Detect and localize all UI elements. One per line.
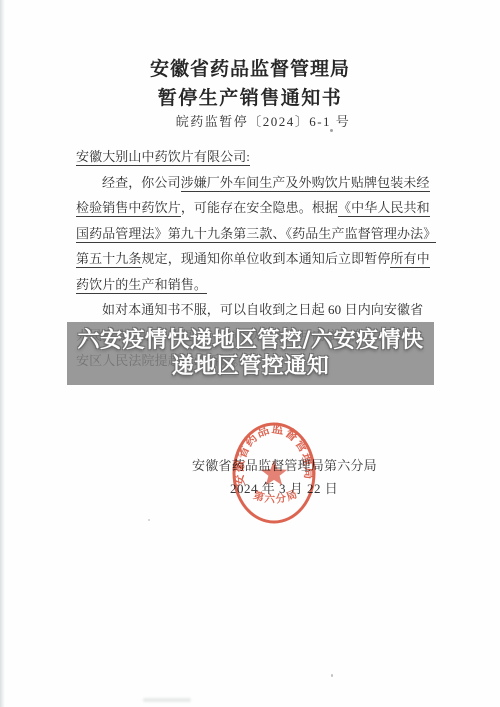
scan-speck [330, 129, 333, 132]
scan-speck [148, 519, 150, 521]
scan-speck [331, 674, 333, 677]
official-seal: 安徽省药品监督管理局 第六分局 [231, 421, 317, 525]
doc-line: 经查，你公司涉嫌厂外车间生产及外购饮片贴牌包装未经 [76, 170, 432, 196]
scan-smudge [143, 698, 191, 702]
seal-bottom-label: 第六分局 [252, 487, 300, 506]
doc-line: 第五十九条规定，现通知你单位收到本通知后立即暂停所有中 [76, 246, 432, 272]
recipient: 安徽大别山中药饮片有限公司: [76, 149, 250, 166]
doc-title: 暂停生产销售通知书 [0, 83, 500, 110]
overlay-banner: 六安疫情快递地区管控/六安疫情快递地区管控通知 [67, 322, 434, 385]
doc-line: 如对本通知书不服，可以自收到之日起 60 日内向安徽省 [76, 297, 432, 323]
overlay-title: 六安疫情快递地区管控/六安疫情快递地区管控通知 [71, 328, 431, 380]
doc-line: 国药品管理法》第九十九条第三款、《药品生产监督管理办法》 [76, 221, 432, 247]
doc-line: 药饮片的生产和销售。 [76, 272, 432, 298]
recipient-line: 安徽大别山中药饮片有限公司: [76, 144, 432, 170]
document-page: 安徽省药品监督管理局 暂停生产销售通知书 皖药监暂停〔2024〕6-1 号 安徽… [0, 0, 500, 707]
doc-number: 皖药监暂停〔2024〕6-1 号 [13, 111, 500, 130]
doc-line: 检验销售中药饮片，可能存在安全隐患。根据《中华人民共和 [76, 195, 432, 221]
seal-star-icon [261, 460, 288, 485]
agency-title: 安徽省药品监督管理局 [0, 54, 500, 81]
